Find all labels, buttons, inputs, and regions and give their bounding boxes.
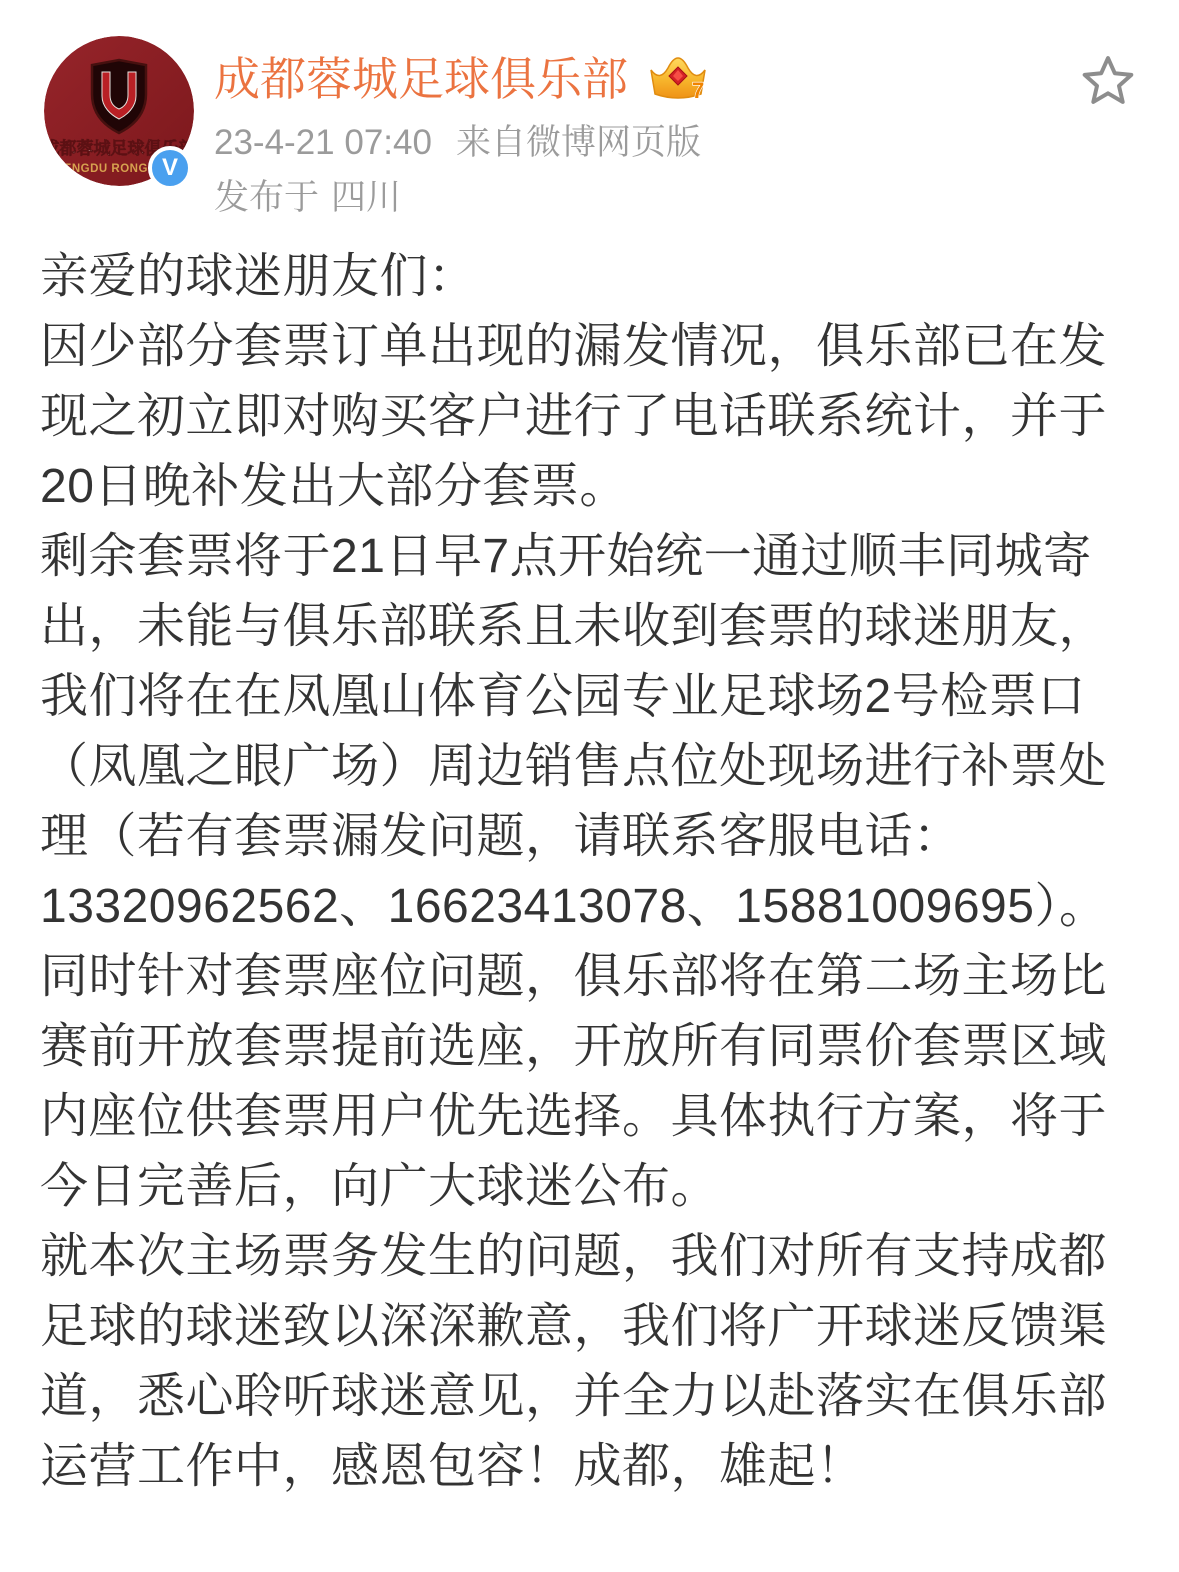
favorite-star-button[interactable] [1080, 52, 1136, 108]
post-paragraph: 因少部分套票订单出现的漏发情况，俱乐部已在发现之初立即对购买客户进行了电话联系统… [40, 312, 1140, 522]
post-paragraph: 剩余套票将于21日早7点开始统一通过顺丰同城寄出，未能与俱乐部联系且未收到套票的… [40, 522, 1140, 942]
post-source-link[interactable]: 来自微博网页版 [456, 123, 701, 162]
avatar[interactable]: 成都蓉城足球俱乐部 CHENGDU RONGCHENG V [44, 36, 194, 186]
weibo-post-card: 成都蓉城足球俱乐部 CHENGDU RONGCHENG V 成都蓉城足球俱乐部 … [0, 0, 1179, 1572]
post-meta-row: 23-4-21 07:40来自微博网页版 [214, 122, 701, 164]
post-location-row: 发布于四川 [214, 177, 401, 219]
post-timestamp[interactable]: 23-4-21 07:40 [214, 123, 432, 162]
location-text: 四川 [331, 178, 401, 217]
post-paragraph: 同时针对套票座位问题，俱乐部将在第二场主场比赛前开放套票提前选座，开放所有同票价… [40, 942, 1140, 1222]
verified-badge-icon: V [148, 146, 192, 190]
vip-crown-icon[interactable]: 7 [644, 55, 712, 103]
post-content: 亲爱的球迷朋友们：因少部分套票订单出现的漏发情况，俱乐部已在发现之初立即对购买客… [40, 242, 1140, 1502]
post-paragraph: 亲爱的球迷朋友们： [40, 242, 1140, 312]
verified-badge-letter: V [162, 156, 178, 180]
vip-level-number: 7 [692, 78, 704, 103]
author-name-row: 成都蓉城足球俱乐部 7 [214, 52, 712, 106]
post-paragraph: 就本次主场票务发生的问题，我们对所有支持成都足球的球迷致以深深歉意，我们将广开球… [40, 1222, 1140, 1502]
username-link[interactable]: 成都蓉城足球俱乐部 [214, 52, 628, 106]
location-prefix-label: 发布于 [214, 178, 319, 217]
